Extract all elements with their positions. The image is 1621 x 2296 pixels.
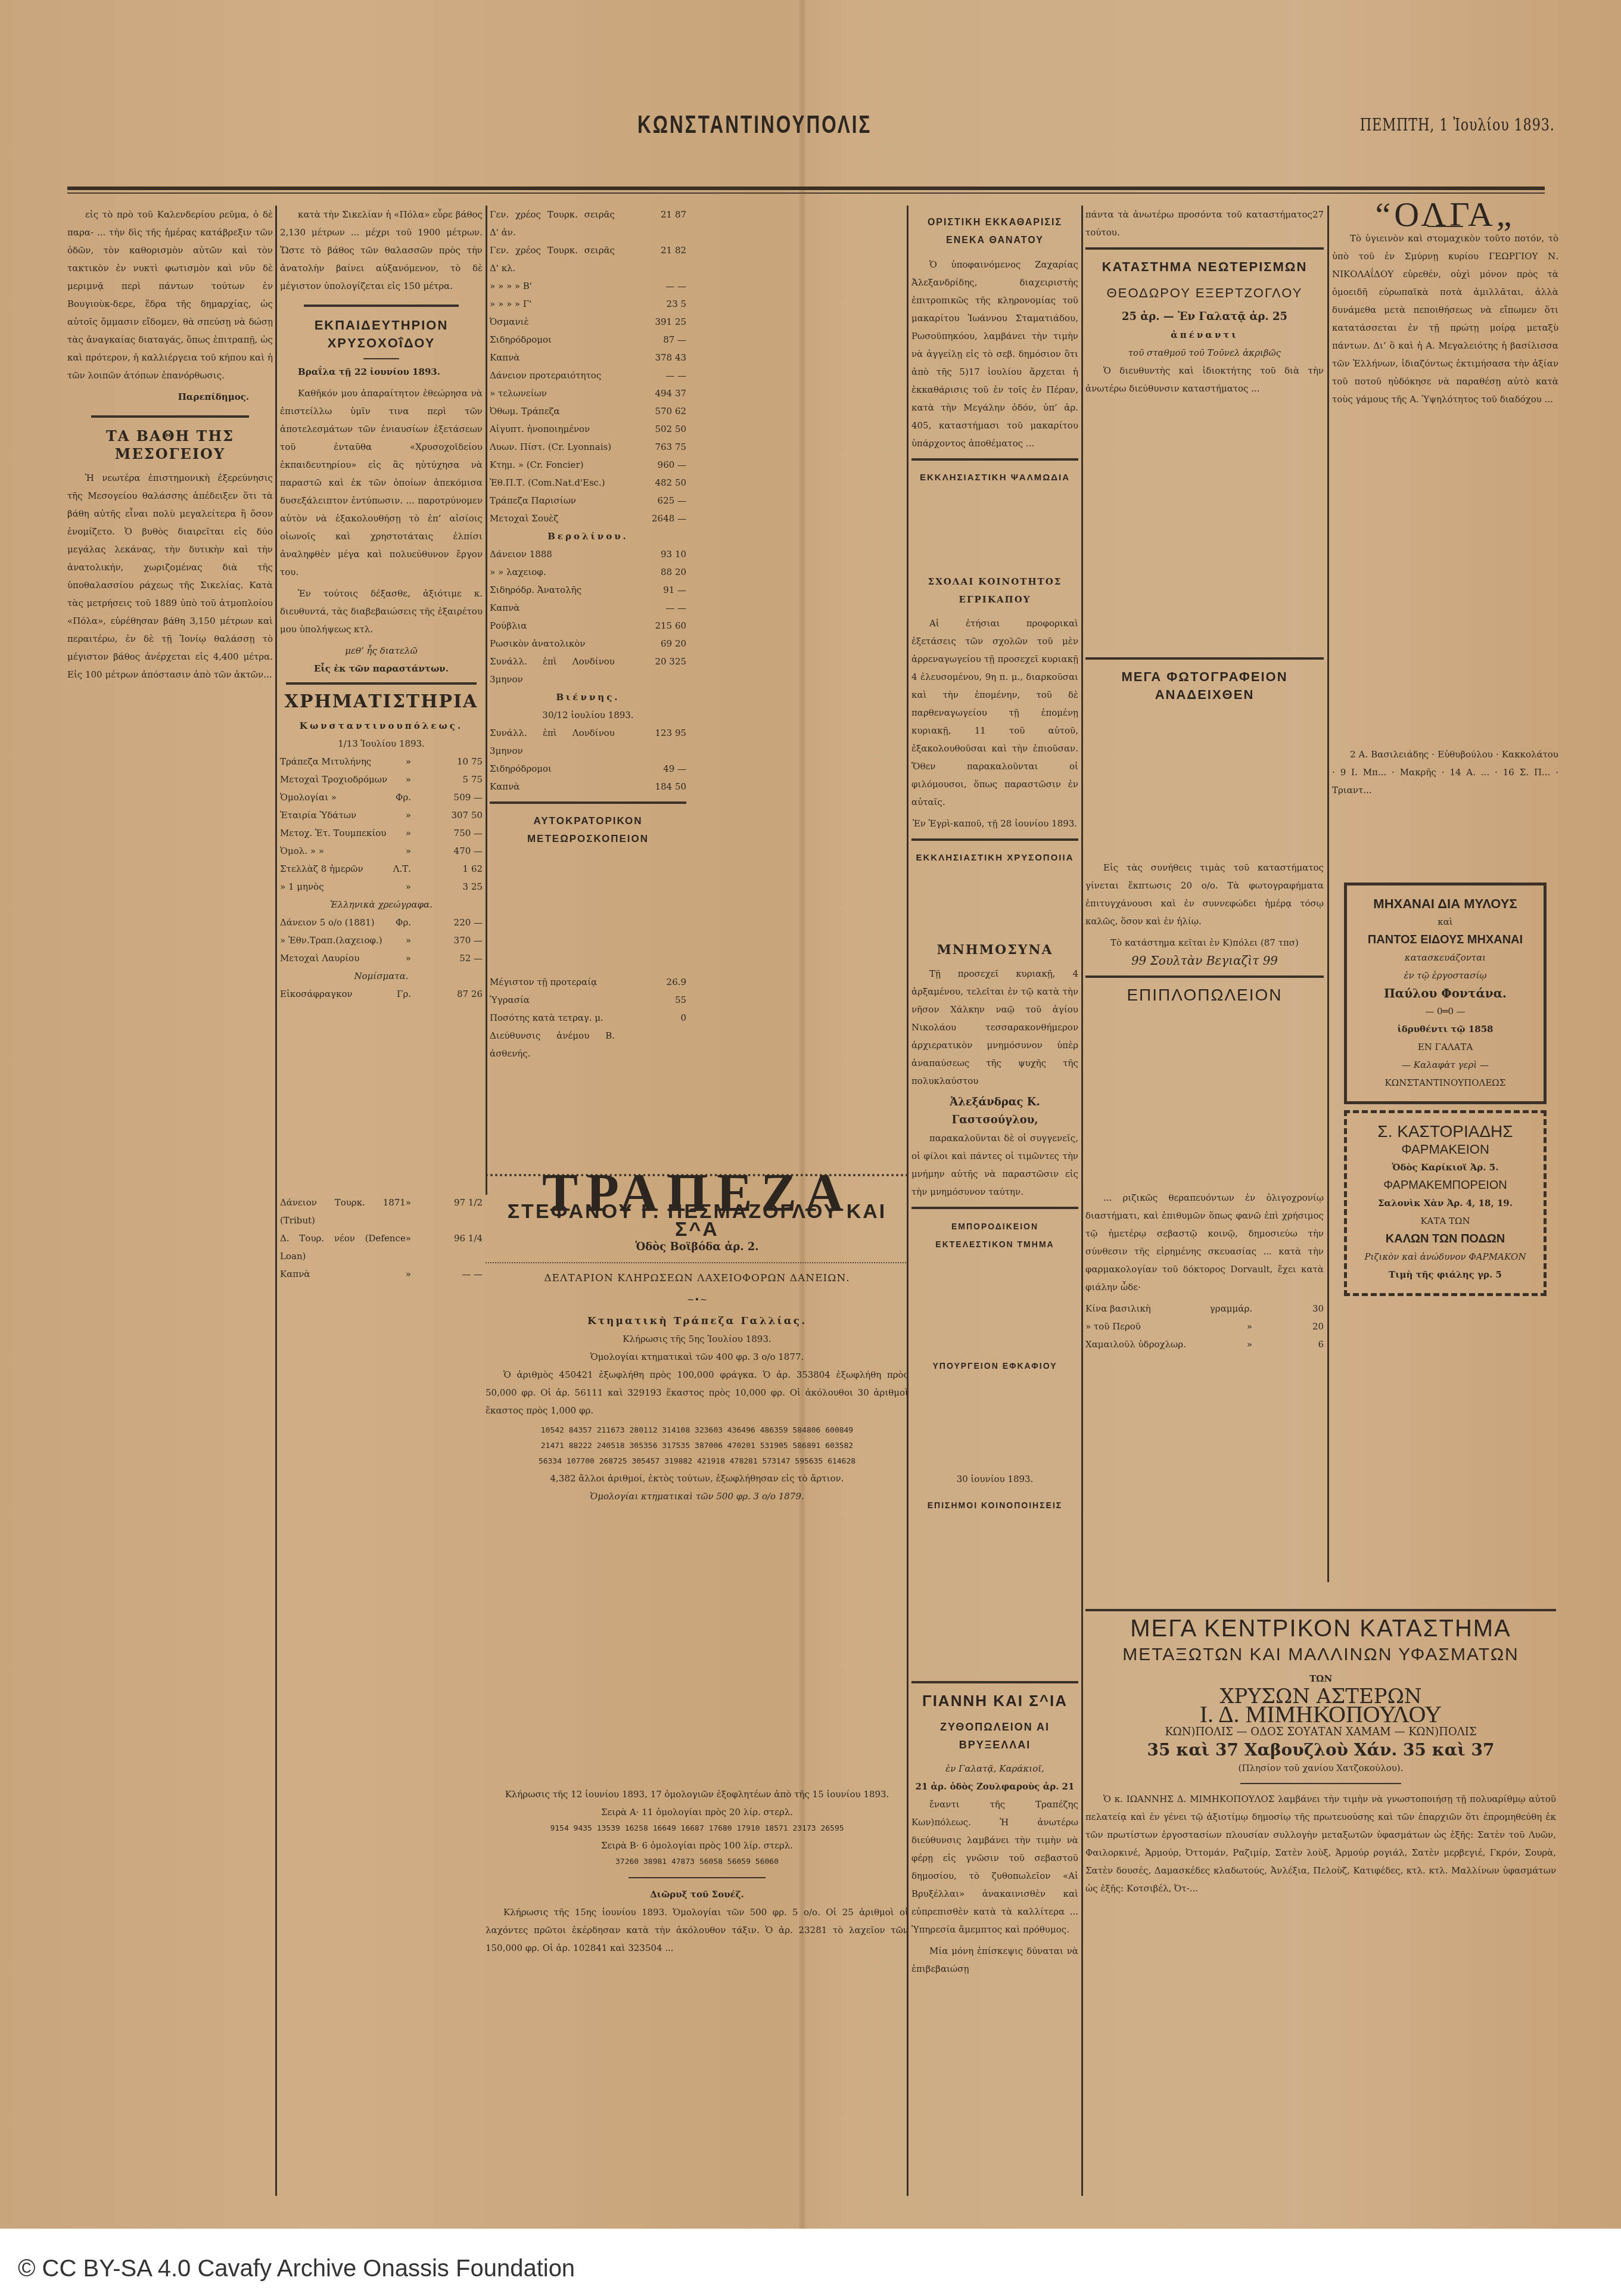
column-2: κατὰ τὴν Σικελίαν ἡ «Πόλα» εὗρε βάθος 2,… xyxy=(280,206,483,1283)
store-owner: Ι. Δ. ΜΙΜΗΚΟΠΟΥΛΟΥ xyxy=(1085,1705,1556,1723)
school-sign-1: μεθ’ ἧς διατελῶ xyxy=(280,642,483,660)
machines-owner: Παύλου Φοντάνα. xyxy=(1356,984,1534,1002)
article-continuation: εἰς τὸ πρὸ τοῦ Καλενδερίου ρεῦμα, ὁ δὲ π… xyxy=(67,206,273,384)
furniture-title: ΕΠΙΠΛΟΠΩΛΕΙΟΝ xyxy=(1085,986,1324,1004)
series-b: Σειρὰ Β· 6 ὁμολογίαι πρὸς 100 λίρ. στερλ… xyxy=(486,1837,908,1854)
section-title: Διῶρυξ τοῦ Σουέζ. xyxy=(486,1885,908,1903)
winning-numbers-row: 37260 38981 47873 56058 56059 56060 xyxy=(486,1854,908,1870)
machines-sub: ΠΑΝΤΟΣ ΕΙΔΟΥΣ ΜΗΧΑΝΑΙ xyxy=(1356,931,1534,949)
exchange-table-a: Τράπεζα Μιτυλήνης»10 75 Μετοχαὶ Τροχιοδρ… xyxy=(280,753,483,896)
observatory-title: ΑΥΤΟΚΡΑΤΟΡΙΚΟΝ ΜΕΤΕΩΡΟΣΚΟΠΕΙΟΝ xyxy=(490,812,686,848)
school-body: Καθῆκόν μου ἀπαραίτητον ἐθεώρησα νὰ ἐπισ… xyxy=(280,384,483,581)
greek-bonds-title: Ἑλληνικὰ χρεώγραφα. xyxy=(280,896,483,914)
goldsmith-title: ΕΚΚΛΗΣΙΑΣΤΙΚΗ ΧΡΥΣΟΠΟΙΙΑ xyxy=(911,849,1078,867)
liquidation-title: ΟΡΙΣΤΙΚΗ ΕΚΚΑΘΑΡΙΣΙΣ ΕΝΕΚΑ ΘΑΝΑΤΟΥ xyxy=(911,214,1078,250)
table-row: Καπνὰ184 50 xyxy=(490,778,686,796)
divider xyxy=(1085,247,1324,250)
shop-body: Ὁ διευθυντὴς καὶ ἰδιοκτήτης τοῦ διὰ τὴν … xyxy=(1085,362,1324,397)
memorial-tail: παρακαλοῦνται δὲ οἱ συγγενεῖς, οἱ φίλοι … xyxy=(911,1129,1078,1201)
article-continuation: κατὰ τὴν Σικελίαν ἡ «Πόλα» εὗρε βάθος 2,… xyxy=(280,206,483,295)
series-a: Σειρὰ Α· 11 ὁμολογίαι πρὸς 20 λίρ. στερλ… xyxy=(486,1803,908,1821)
pharmacy-ad: Σ. ΚΑΣΤΟΡΙΑΔΗΣ ΦΑΡΜΑΚΕΙΟΝ Ὁδὸς Καρίκιοϊ … xyxy=(1344,1110,1547,1296)
draw-results: Κλήρωσις τῆς 15ης ἰουνίου 1893. Ὁμολογία… xyxy=(486,1903,908,1957)
machines-ad: ΜΗΧΑΝΑΙ ΔΙΑ ΜΥΛΟΥΣ καὶ ΠΑΝΤΟΣ ΕΙΔΟΥΣ ΜΗΧ… xyxy=(1344,883,1547,1104)
shop-owner: ΘΕΟΔΩΡΟΥ ΕΞΕΡΤΖΟΓΛΟΥ xyxy=(1085,284,1324,302)
draw-date: Κλήρωσις τῆς 5ης Ἰουλίου 1893. xyxy=(486,1330,908,1348)
store-advertisement: ΜΕΓΑ ΚΕΝΤΡΙΚΟΝ ΚΑΤΑΣΤΗΜΑ ΜΕΤΑΞΩΤΩΝ ΚΑΙ Μ… xyxy=(1085,1609,1556,1901)
pharma-text: ... ριζικῶς θεραπευόντων ἐν ὀλιγοχρονίῳ … xyxy=(1085,1189,1324,1296)
vienna-title: Βιέννης. xyxy=(490,688,686,706)
column-4: ΟΡΙΣΤΙΚΗ ΕΚΚΑΘΑΡΙΣΙΣ ΕΝΕΚΑ ΘΑΝΑΤΟΥ Ὁ ὑπο… xyxy=(911,206,1078,1981)
table-row: Δάνειον Τουρκ. 1871 (Tribut)»97 1/2 xyxy=(280,1194,483,1229)
school-title: ΕΚΠΑΙΔΕΥΤΗΡΙΟΝ ΧΡΥΣΟΧΟΐΔΟΥ xyxy=(280,316,483,352)
column-5: πάντα τὰ ἀνωτέρω προσόντα τοῦ καταστήματ… xyxy=(1085,206,1324,1353)
table-row: Ρωσικὸν ἀνατολικὸν69 20 xyxy=(490,635,686,653)
table-row: Ἑταιρία Ὑδάτων»307 50 xyxy=(280,806,483,824)
table-row: Καπνὰ»— — xyxy=(280,1265,483,1283)
table-row: Σιδηρόδρομοι87 — xyxy=(490,331,686,349)
school-dateline: Βραΐλα τῇ 22 ἰουνίου 1893. xyxy=(280,363,483,381)
draw-date: Κλήρωσις τῆς 12 ἰουνίου 1893, 17 ὁμολογι… xyxy=(486,1785,908,1803)
signature: Παρεπίδημος. xyxy=(67,388,273,406)
brewery-location: ἐν Γαλατᾷ, Καράκιοϊ, xyxy=(911,1760,1078,1778)
table-row: Μετοχαὶ Λαυρίου»52 — xyxy=(280,949,483,967)
photo-location: Τὸ κατάστημα κεῖται ἐν Κ)πόλει (87 τπσ) xyxy=(1085,934,1324,952)
table-row: Δάνειον 5 ο/ο (1881)Φρ.220 — xyxy=(280,914,483,931)
table-row: Σιδηρόδρ. Ἀνατολῆς91 — xyxy=(490,581,686,599)
divider xyxy=(286,682,477,685)
table-row: Μετοχαὶ Σουὲζ2648 — xyxy=(490,509,686,527)
pharmacy-product: ΚΑΛΩΝ ΤΩΝ ΠΟΔΩΝ xyxy=(1356,1230,1534,1248)
table-row: Τράπεζα Παρισίων625 — xyxy=(490,492,686,509)
notices-title: ΕΠΙΣΗΜΟΙ ΚΟΙΝΟΠΟΙΗΣΕΙΣ xyxy=(911,1496,1078,1514)
table-row: Κτημ. » (Cr. Foncier)960 — xyxy=(490,456,686,474)
table-row: Σιδηρόδρομοι49 — xyxy=(490,760,686,778)
liquidation-body: Ὁ ὑποφαινόμενος Ζαχαρίας Ἀλεξανδρίδης, δ… xyxy=(911,256,1078,452)
school-sign-2: Εἷς ἐκ τῶν παραστάντων. xyxy=(280,660,483,678)
ministry-title: ΥΠΟΥΡΓΕΙΟΝ ΕΦΚΑΦΙΟΥ xyxy=(911,1357,1078,1375)
table-row: Ὑγρασία55 xyxy=(490,991,686,1009)
masthead-rule-thin xyxy=(67,192,1545,194)
vienna-date: 30/12 ἰουλίου 1893. xyxy=(490,706,686,724)
table-row: Ὀθωμ. Τράπεζα570 62 xyxy=(490,402,686,420)
table-row: Κίνα βασιλικὴγραμμάρ.30 xyxy=(1085,1300,1324,1318)
divider xyxy=(911,1207,1078,1209)
olga-dealers: 2 Α. Βασιλειάδης · Εὐθυβούλου · Κακκολάτ… xyxy=(1332,745,1558,799)
store-title: ΜΕΓΑ ΚΕΝΤΡΙΚΟΝ ΚΑΤΑΣΤΗΜΑ xyxy=(1085,1620,1556,1638)
draw-results: Ὁ ἀριθμὸς 450421 ἐξωφλήθη πρὸς 100,000 φ… xyxy=(486,1366,908,1419)
schools-title: ΣΧΟΛΑΙ ΚΟΙΝΟΤΗΤΟΣ ΕΓΡΙΚΑΠΟΥ xyxy=(911,573,1078,608)
shop-station: τοῦ σταθμοῦ τοῦ Τοῦνελ ἀκριβῶς xyxy=(1085,344,1324,362)
photo-address: 99 Σουλτὰν Βεγιαζὶτ 99 xyxy=(1085,952,1324,970)
lottery-subtitle: ΔΕΛΤΑΡΙΟΝ ΚΛΗΡΩΣΕΩΝ ΛΑΧΕΙΟΦΟΡΩΝ ΔΑΝΕΙΩΝ. xyxy=(486,1269,908,1287)
table-row: » τελωνείων494 37 xyxy=(490,384,686,402)
bank-name: ΣΤΕΦΑΝΟΥ Γ. ΠΕΣΜΑΖΟΓΛΟΥ ΚΑΙ Σ^Α xyxy=(486,1203,908,1238)
table-row: Ποσότης κατὰ τετραγ. μ.0 xyxy=(490,1009,686,1027)
divider xyxy=(91,415,249,418)
paris-exchange-table: Γεν. χρέος Τουρκ. σειρᾶς Δ' ἀν.21 87 Γεν… xyxy=(490,206,686,527)
table-row: Γεν. χρέος Τουρκ. σειρᾶς Δ' κλ.21 82 xyxy=(490,241,686,277)
column-6: “ΟΛΓΑ„ Τὸ ὑγιεινὸν καὶ στομαχικὸν τοῦτο … xyxy=(1332,206,1558,1302)
divider xyxy=(911,1681,1078,1683)
divider xyxy=(304,305,459,307)
table-row: Ὀσμανιὲ391 25 xyxy=(490,313,686,331)
berlin-title: Βερολίνου. xyxy=(490,527,686,545)
store-subtitle: ΜΕΤΑΞΩΤΩΝ ΚΑΙ ΜΑΛΛΙΝΩΝ ΥΦΑΣΜΑΤΩΝ xyxy=(1085,1646,1556,1664)
divider xyxy=(629,1877,766,1878)
table-row: Καπνὰ378 43 xyxy=(490,349,686,366)
table-row: Συνάλλ. ἐπὶ Λονδίνου 3μηνον20 325 xyxy=(490,653,686,688)
column-rule xyxy=(1327,206,1329,1582)
continuation-line: πάντα τὰ ἀνωτέρω προσόντα τοῦ καταστήματ… xyxy=(1085,206,1324,241)
article-title: ΤΑ ΒΑΘΗ ΤΗΣ ΜΕΣΟΓΕΙΟΥ xyxy=(67,427,273,463)
table-row: Συνάλλ. ἐπὶ Λονδίνου 3μηνον123 95 xyxy=(490,724,686,760)
memorial-name: Ἀλεξάνδρας Κ. Γαστσούγλου, xyxy=(911,1093,1078,1129)
column-3: Γεν. χρέος Τουρκ. σειρᾶς Δ' ἀν.21 87 Γεν… xyxy=(490,206,686,1062)
exchange-title: ΧΡΗΜΑΤΙΣΤΗΡΙΑ xyxy=(280,693,483,711)
divider xyxy=(1085,975,1324,978)
issue-date: ΠΕΜΠΤΗ, 1 Ἰουλίου 1893. xyxy=(1360,115,1555,135)
machines-title: ΜΗΧΑΝΑΙ ΔΙΑ ΜΥΛΟΥΣ xyxy=(1356,895,1534,913)
column-rule xyxy=(907,206,908,2196)
table-row: Στελλὰζ 8 ἡμερῶνΛ.Τ.1 62 xyxy=(280,860,483,878)
table-row: Δ. Τουρ. νέον (Defence Loan)»96 1/4 xyxy=(280,1229,483,1265)
masthead: ΚΩΝΣΤΑΝΤΙΝΟΥΠΟΛΙΣ ΠΕΜΠΤΗ, 1 Ἰουλίου 1893… xyxy=(66,110,1555,146)
masthead-rule xyxy=(67,187,1545,190)
table-row: » τοῦ Περοῦ»20 xyxy=(1085,1318,1324,1335)
table-row: Διεύθυνσις ἀνέμου Β. ἀσθενής. xyxy=(490,1027,686,1062)
machines-founded: ἱδρυθέντι τῷ 1858 xyxy=(1356,1020,1534,1038)
commerce-title: ΕΜΠΟΡΟΔΙΚΕΙΟΝ ΕΚΤΕΛΕΣΤΙΚΟΝ ΤΜΗΜΑ xyxy=(911,1217,1078,1253)
store-near: (Πλησίον τοῦ χανίου Χατζοκούλου). xyxy=(1085,1759,1556,1777)
table-row: Γεν. χρέος Τουρκ. σειρᾶς Δ' ἀν.21 87 xyxy=(490,206,686,241)
bond-type: Ὁμολογίαι κτηματικαὶ τῶν 400 φρ. 3 ο/ο 1… xyxy=(486,1348,908,1366)
table-row: Ὁμολογίαι »Φρ.509 — xyxy=(280,788,483,806)
olga-title: “ΟΛΓΑ„ xyxy=(1332,206,1558,223)
table-row: Ρούβλια215 60 xyxy=(490,617,686,635)
bank-advertisement: ΤΡΑΠΕΖΑ ΣΤΕΦΑΝΟΥ Γ. ΠΕΣΜΑΖΟΓΛΟΥ ΚΑΙ Σ^Α … xyxy=(486,1174,908,1961)
table-row: » Ἐθν.Τραπ.(λαχειοφ.)»370 — xyxy=(280,931,483,949)
table-row: Ἐθ.Π.Τ. (Com.Nat.d'Esc.)482 50 xyxy=(490,474,686,492)
table-row: Τράπεζα Μιτυλήνης»10 75 xyxy=(280,753,483,770)
draw-footer: 4,382 ἄλλοι ἀριθμοί, ἐκτὸς τούτων, ἐξωφλ… xyxy=(486,1469,908,1487)
newspaper-title: ΚΩΝΣΤΑΝΤΙΝΟΥΠΟΛΙΣ xyxy=(637,110,872,139)
section-title: Κτηματικὴ Τράπεζα Γαλλίας. xyxy=(486,1312,908,1330)
brewery-body: ἔναντι τῆς Τραπέζης Κων)πόλεως. Ἡ ἀνωτέρ… xyxy=(911,1795,1078,1938)
table-row: Χαμαιλοῦλ ὑδροχλωρ.»6 xyxy=(1085,1335,1324,1353)
store-body: Ὁ κ. ΙΩΑΝΝΗΣ Δ. ΜΙΜΗΚΟΠΟΥΛΟΣ λαμβάνει τὴ… xyxy=(1085,1790,1556,1897)
coins-title: Νομίσματα. xyxy=(280,967,483,985)
table-row: Αἰγυπτ. ἡνοποιημένον502 50 xyxy=(490,420,686,438)
schools-dateline: Ἐν Ἐγρὶ-καποῦ, τῇ 28 ἰουνίου 1893. xyxy=(911,815,1078,832)
table-row: Δάνειον προτεραιότητος— — xyxy=(490,366,686,384)
brewery-address: 21 ἀρ. ὁδὸς Ζουλφαροὺς ἀρ. 21 xyxy=(911,1778,1078,1795)
winning-numbers-row: 21471 88222 240518 305356 317535 387006 … xyxy=(486,1439,908,1454)
column-rule xyxy=(275,206,277,2196)
winning-numbers-row: 10542 84357 211673 280112 314108 323603 … xyxy=(486,1423,908,1439)
shop-opposite: ἀπέναντι xyxy=(1085,326,1324,344)
pharmacy-name: Σ. ΚΑΣΤΟΡΙΑΔΗΣ xyxy=(1356,1123,1534,1141)
table-row: Ὁμολ. » »»470 — xyxy=(280,842,483,860)
table-row: Μετοχαὶ Τροχιοδρόμων»5 75 xyxy=(280,770,483,788)
article-body: Ἡ νεωτέρα ἐπιστημονικὴ ἐξερεύνησις τῆς Μ… xyxy=(67,469,273,683)
school-closing: Ἐν τούτοις δέξασθε, ἀξιότιμε κ. διευθυντ… xyxy=(280,585,483,638)
table-row: » 1 μηνὸς»3 25 xyxy=(280,878,483,896)
winning-numbers-row: 56334 107700 268725 305457 319882 421918… xyxy=(486,1454,908,1469)
schools-body: Αἱ ἐτήσιαι προφορικαὶ ἐξετάσεις τῶν σχολ… xyxy=(911,614,1078,811)
table-row: Λυων. Πίστ. (Cr. Lyonnais)763 75 xyxy=(490,438,686,456)
column-1: εἰς τὸ πρὸ τοῦ Καλενδερίου ρεῦμα, ὁ δὲ π… xyxy=(67,206,273,687)
store-street: ΚΩΝ)ΠΟΛΙΣ — ΟΔΟΣ ΣΟΥΑΤΑΝ ΧΑΜΑΜ — ΚΩΝ)ΠΟΛ… xyxy=(1085,1723,1556,1741)
table-row: » » » » Β'— — xyxy=(490,277,686,295)
brewery-footer: Μία μόνη ἐπίσκεψις δύναται νὰ ἐπιβεβαιώσ… xyxy=(911,1942,1078,1978)
divider xyxy=(363,358,399,359)
ministry-date: 30 ἰουνίου 1893. xyxy=(911,1470,1078,1488)
memorial-title: ΜΝΗΜΟΣΥΝΑ xyxy=(911,941,1078,959)
divider xyxy=(490,801,686,804)
table-row: ΕἰκοσάφραγκονΓρ.87 26 xyxy=(280,985,483,1003)
brewery-title: ΖΥΘΟΠΩΛΕΙΟΝ ΑΙ ΒΡΥΞΕΛΛΑΙ xyxy=(911,1718,1078,1754)
divider xyxy=(911,838,1078,841)
table-row: » » λαχειοφ.88 20 xyxy=(490,563,686,581)
table-row: Μέγιστον τῇ προτεραίᾳ26.9 xyxy=(490,973,686,991)
newspaper-page: ΚΩΝΣΤΑΝΤΙΝΟΥΠΟΛΙΣ ΠΕΜΠΤΗ, 1 Ἰουλίου 1893… xyxy=(0,0,1621,2229)
table-row: Καπνὰ— — xyxy=(490,599,686,617)
bank-address: Ὁδὸς Βοϊβόδα ἀρ. 2. xyxy=(486,1238,908,1256)
photo-title: ΜΕΓΑ ΦΩΤΟΓΡΑΦΕΙΟΝ ΑΝΑΔΕΙΧΘΕΝ xyxy=(1085,668,1324,704)
photo-body: Εἰς τὰς συνήθεις τιμὰς τοῦ καταστήματος … xyxy=(1085,859,1324,930)
column-rule xyxy=(486,206,487,1195)
table-row: Δάνειον 188893 10 xyxy=(490,545,686,563)
table-row: » » » » Γ'23 5 xyxy=(490,295,686,313)
divider xyxy=(1085,657,1324,660)
copyright-credit: © CC BY-SA 4.0 Cavafy Archive Onassis Fo… xyxy=(18,2255,575,2282)
bond-type: Ὁμολογίαι κτηματικαὶ τῶν 500 φρ. 3 ο/ο 1… xyxy=(486,1487,908,1505)
brewery-owner: ΓΙΑΝΝΗ ΚΑΙ Σ^ΙΑ xyxy=(911,1692,1078,1710)
olga-body: Τὸ ὑγιεινὸν καὶ στομαχικὸν τοῦτο ποτόν, … xyxy=(1332,229,1558,408)
exchange-date: 1/13 Ἰουλίου 1893. xyxy=(280,735,483,753)
shop-title: ΚΑΤΑΣΤΗΜΑ ΝΕΩΤΕΡΙΣΜΩΝ xyxy=(1085,258,1324,276)
column-rule xyxy=(1081,206,1083,2196)
church-title: ΕΚΚΛΗΣΙΑΣΤΙΚΗ ΨΑΛΜΩΔΙΑ xyxy=(911,469,1078,487)
memorial-body: Τῇ προσεχεῖ κυριακῇ, 4 ἀρξαμένου, τελεῖτ… xyxy=(911,965,1078,1090)
table-row: Μετοχ. Ἑτ. Τουμπεκίου»750 — xyxy=(280,824,483,842)
exchange-city: Κωνσταντινουπόλεως. xyxy=(280,717,483,735)
divider xyxy=(911,458,1078,461)
store-address: 35 καὶ 37 Χαβουζλοὺ Χάν. 35 καὶ 37 xyxy=(1085,1741,1556,1759)
winning-numbers-row: 9154 9435 13539 16258 16649 16687 17680 … xyxy=(486,1821,908,1837)
shop-address: 25 ἀρ. — Ἐν Γαλατᾷ ἀρ. 25 xyxy=(1085,308,1324,326)
